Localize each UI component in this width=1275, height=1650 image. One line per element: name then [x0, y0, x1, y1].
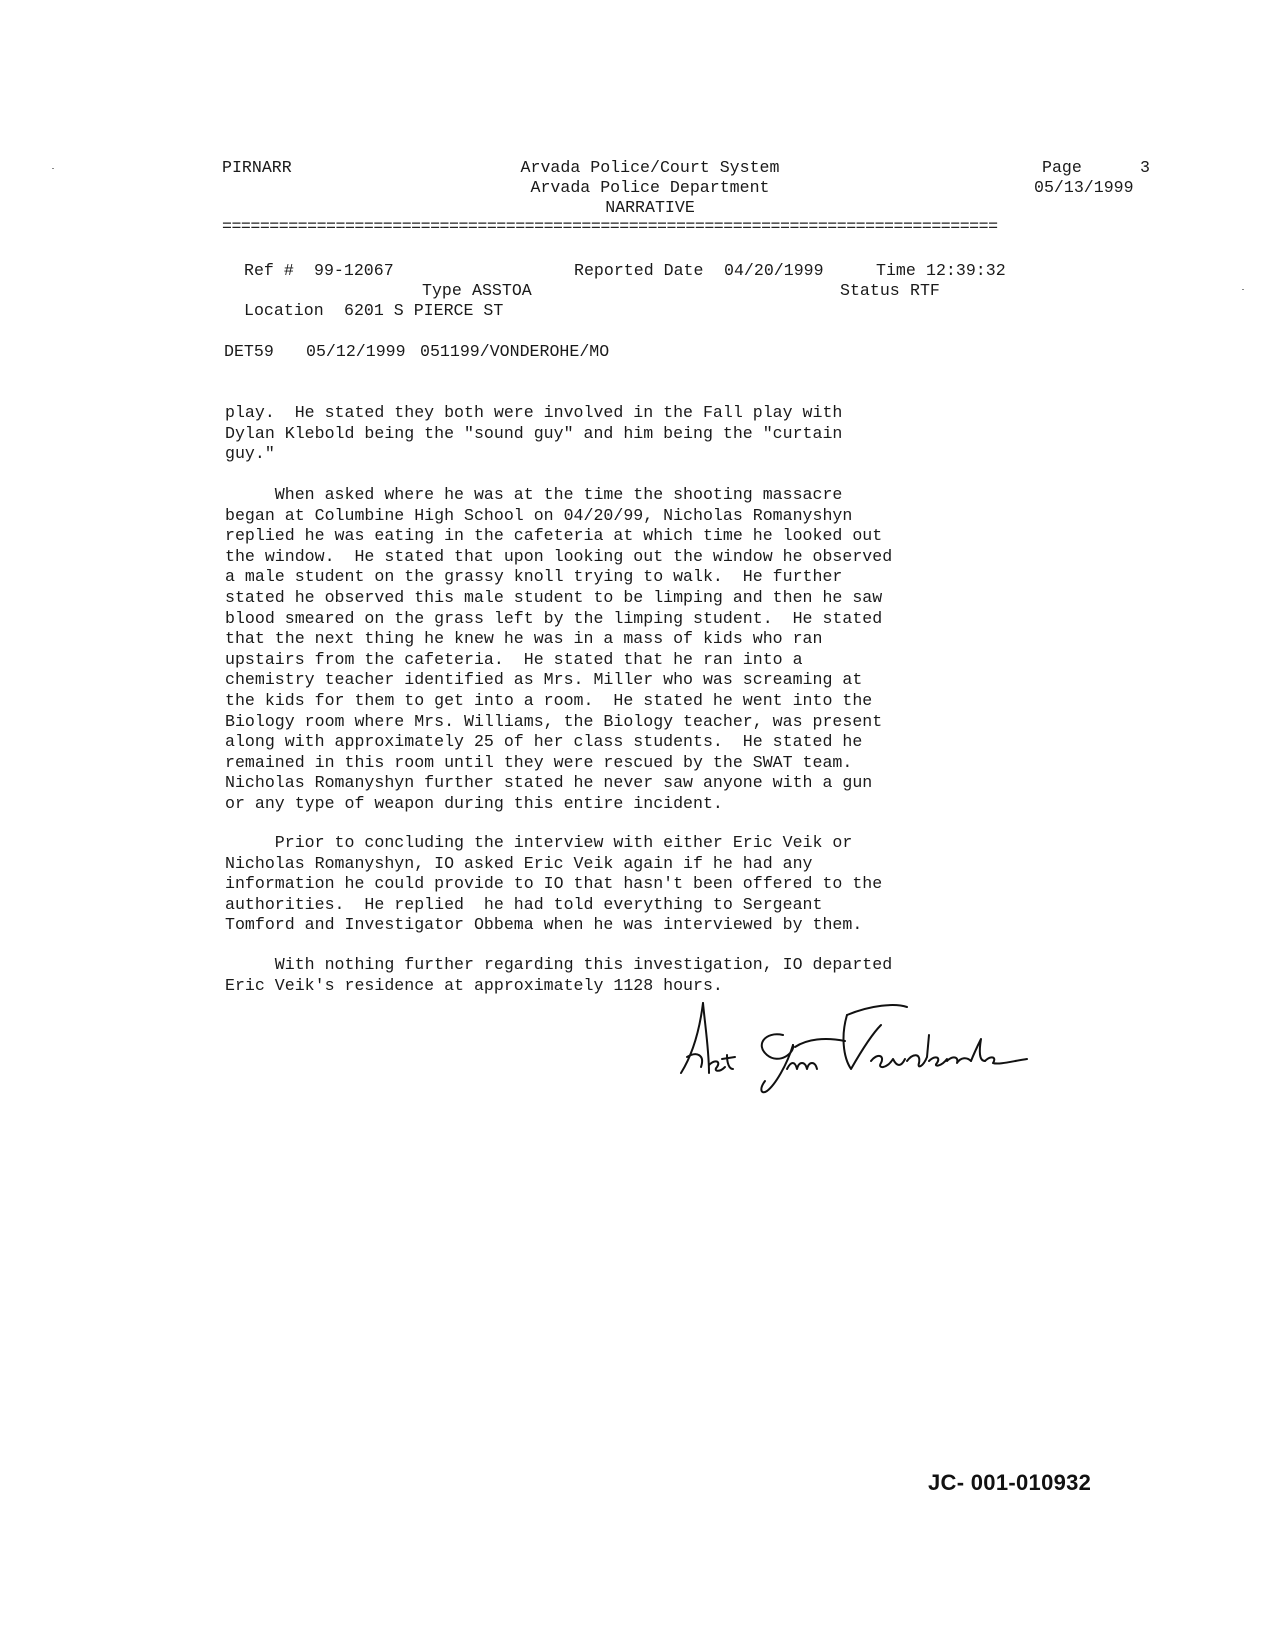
narrative-line: Biology room where Mrs. Williams, the Bi… [225, 712, 1025, 733]
entry-date: 05/12/1999 [306, 342, 406, 363]
narrative-paragraph: play. He stated they both were involved … [225, 403, 1025, 465]
narrative-line: the kids for them to get into a room. He… [225, 691, 1025, 712]
type-field: Type ASSTOA [422, 281, 462, 302]
time-label: Time [876, 261, 916, 282]
system-name: Arvada Police/Court System [480, 158, 820, 179]
case-status: RTF [910, 281, 940, 302]
narrative-line: stated he observed this male student to … [225, 588, 1025, 609]
scan-speck [1242, 289, 1244, 290]
department-name: Arvada Police Department [480, 178, 820, 199]
narrative-line: Nicholas Romanyshyn further stated he ne… [225, 773, 1025, 794]
narrative-line: play. He stated they both were involved … [225, 403, 1025, 424]
status-field: Status RTF [840, 281, 900, 302]
page-number: 3 [1140, 158, 1150, 179]
narrative-line: Prior to concluding the interview with e… [225, 833, 1025, 854]
narrative-paragraph: When asked where he was at the time the … [225, 485, 1025, 815]
reported-date-label: Reported Date [574, 261, 703, 280]
narrative-line: a male student on the grassy knoll tryin… [225, 567, 1025, 588]
section-title: NARRATIVE [480, 198, 820, 219]
signature-icon [675, 995, 1035, 1100]
narrative-line: Tomford and Investigator Obbema when he … [225, 915, 1025, 936]
narrative-line: or any type of weapon during this entire… [225, 794, 1025, 815]
report-time: 12:39:32 [926, 261, 1006, 282]
narrative-line: the window. He stated that upon looking … [225, 547, 1025, 568]
case-type: ASSTOA [472, 281, 532, 302]
page-label: Page [1042, 158, 1082, 179]
scan-speck [52, 168, 54, 169]
narrative-line: chemistry teacher identified as Mrs. Mil… [225, 670, 1025, 691]
reported-date: 04/20/1999 [724, 261, 824, 282]
officer-code: DET59 [224, 342, 274, 361]
print-date: 05/13/1999 [1034, 178, 1134, 199]
type-label: Type [422, 281, 462, 300]
narrative-line: blood smeared on the grass left by the l… [225, 609, 1025, 630]
narrative-line: When asked where he was at the time the … [225, 485, 1025, 506]
narrative-line: Dylan Klebold being the "sound guy" and … [225, 424, 1025, 445]
narrative-line: Nicholas Romanyshyn, IO asked Eric Veik … [225, 854, 1025, 875]
narrative-line: remained in this room until they were re… [225, 753, 1025, 774]
report-code: PIRNARR [222, 158, 292, 179]
entry-line: DET59 05/12/1999 051199/VONDEROHE/MO [224, 342, 274, 363]
narrative-line: upstairs from the cafeteria. He stated t… [225, 650, 1025, 671]
narrative-line: With nothing further regarding this inve… [225, 955, 1025, 976]
ref-number: 99-12067 [314, 261, 394, 282]
narrative-paragraph: Prior to concluding the interview with e… [225, 833, 1025, 936]
narrative-line: replied he was eating in the cafeteria a… [225, 526, 1025, 547]
location-label: Location [244, 301, 324, 320]
narrative-line: along with approximately 25 of her class… [225, 732, 1025, 753]
narrative-line: authorities. He replied he had told ever… [225, 895, 1025, 916]
bates-number: JC- 001-010932 [928, 1470, 1091, 1496]
ref-field: Ref # 99-12067 [244, 261, 294, 282]
narrative-line: Eric Veik's residence at approximately 1… [225, 976, 1025, 997]
location-field: Location 6201 S PIERCE ST [244, 301, 324, 322]
entry-id: 051199/VONDEROHE/MO [420, 342, 609, 363]
reported-date-field: Reported Date 04/20/1999 Time 12:39:32 [574, 261, 703, 282]
narrative-line: guy." [225, 444, 1025, 465]
narrative-line: that the next thing he knew he was in a … [225, 629, 1025, 650]
location-value: 6201 S PIERCE ST [344, 301, 503, 322]
status-label: Status [840, 281, 900, 300]
narrative-line: began at Columbine High School on 04/20/… [225, 506, 1025, 527]
ref-label: Ref # [244, 261, 294, 280]
header-separator: ========================================… [222, 221, 1150, 233]
narrative-line: information he could provide to IO that … [225, 874, 1025, 895]
narrative-paragraph: With nothing further regarding this inve… [225, 955, 1025, 996]
